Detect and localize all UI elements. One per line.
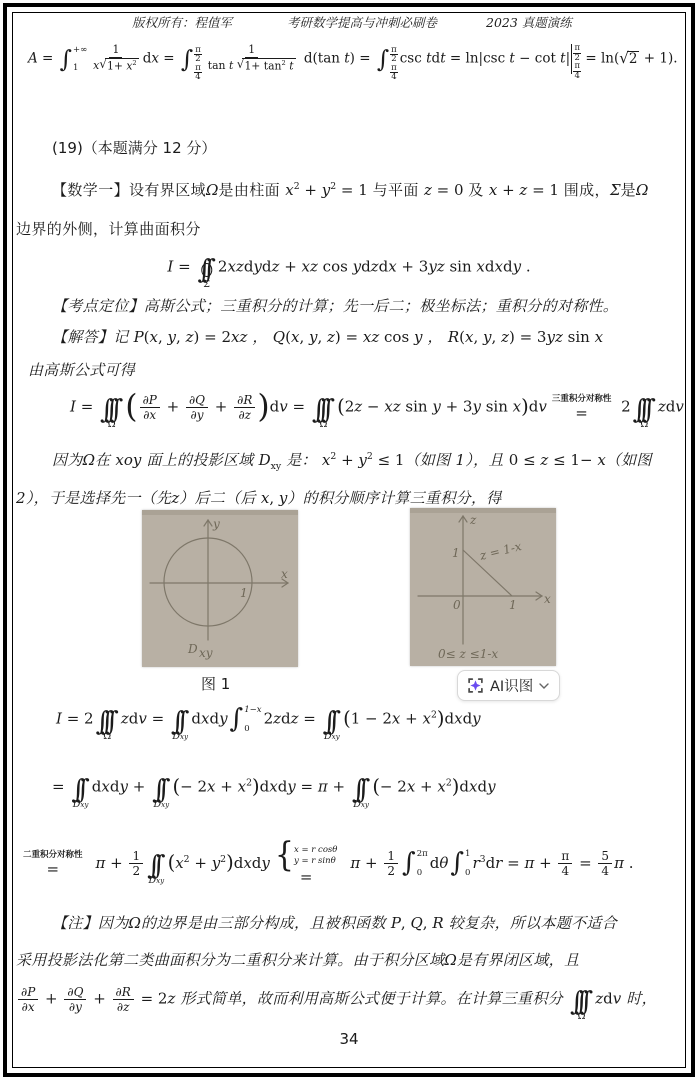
figure-2-z-label: z [469, 513, 477, 527]
figure-1-tick-1: 1 [240, 586, 248, 600]
exam-points-line: 【考点定位】高斯公式；三重积分的计算；先一后二；极坐标法；重积分的对称性。 [52, 298, 618, 315]
figure-1-region-sub: xy [199, 646, 213, 660]
gauss-formula: I = ∫∫∫Ω(∂P∂x + ∂Q∂y + ∂R∂z)dv = ∫∫∫Ω(2z… [70, 392, 684, 423]
problem-statement-line1: 【数学一】设有界区域Ω是由柱面 x2 + y2 = 1 与平面 z = 0 及 … [52, 182, 648, 199]
surface-integral-formula: I = ∫∫Σ2xzdydz + xz cos ydzdx + 3yz sin … [14, 252, 684, 283]
figure-2-tick-x1: 1 [509, 598, 517, 612]
figure-2-origin-label: 0 [453, 598, 461, 612]
chevron-down-icon [539, 683, 549, 689]
projection-line2: 2），于是选择先一（先z）后二（后 x, y）的积分顺序计算三重积分，得 [16, 490, 502, 507]
problem-statement-line2: 边界的外侧，计算曲面积分 [16, 221, 201, 238]
figure-1-image[interactable]: y x 1 D xy [142, 510, 298, 667]
ai-button-label: AI识图 [490, 675, 533, 696]
figure-2-tick-z1: 1 [452, 546, 460, 560]
figure-1-y-label: y [212, 517, 220, 531]
figure-1-x-label: x [281, 567, 288, 581]
figure-2-image[interactable]: z x 1 z = 1-x 0 1 0≤ z ≤1-x [410, 508, 556, 666]
figure-2-paper [410, 508, 556, 666]
formula-top: A = ∫+∞11x√1+ x2dx = ∫π2π41tan t √1+ tan… [28, 44, 678, 74]
problem-number: (19)（本题满分 12 分） [52, 140, 216, 157]
note-line2: 采用投影法化第二类曲面积分为二重积分来计算。由于积分区域Ω是有界闭区域，且 [16, 952, 579, 969]
note-line3: ∂P∂x + ∂Q∂y + ∂R∂z = 2z 形式简单，故而利用高斯公式便于计… [16, 984, 657, 1015]
ai-recognize-button[interactable]: AI识图 [457, 670, 560, 701]
page-number: 34 [0, 1030, 698, 1048]
gauss-intro-line: 由高斯公式可得 [28, 362, 135, 379]
expansion-formula: = ∫∫Dxydxdy + ∫∫Dxy(− 2x + x2)dxdy = π +… [52, 772, 496, 803]
figure-2-x-label: x [544, 592, 551, 606]
polar-coordinates-formula: 二重积分对称性=π + 12∫∫Dxy(x2 + y2)dxdy{x = r c… [18, 843, 633, 885]
page-frame-inner [12, 12, 686, 1068]
ai-scan-sparkle-icon [467, 677, 484, 694]
projection-line1: 因为Ω在 xoy 面上的投影区域 Dxy 是： x2 + y2 ≤ 1（如图 1… [52, 452, 652, 473]
header-series-title: 考研数学提高与冲刺必刷卷 [287, 13, 437, 31]
figure-2-range-label: 0≤ z ≤1-x [438, 647, 498, 661]
figure-1-caption: 图 1 [201, 673, 230, 694]
note-line1: 【注】因为Ω的边界是由三部分构成，且被积函数 P, Q, R 较复杂，所以本题不… [52, 915, 617, 932]
triple-integral-formula: I = 2∫∫∫Ωzdv = ∫∫Dxydxdy∫1−x02zdz = ∫∫Dx… [56, 704, 481, 735]
header-edition: 2023 真题演练 [486, 13, 572, 31]
header-copyright: 版权所有：程值军 [132, 13, 232, 31]
figure-1-region-label: D [187, 642, 198, 656]
figure-1-paper [142, 510, 298, 667]
solution-definition-line: 【解答】记 P(x, y, z) = 2xz ， Q(x, y, z) = xz… [52, 329, 603, 346]
